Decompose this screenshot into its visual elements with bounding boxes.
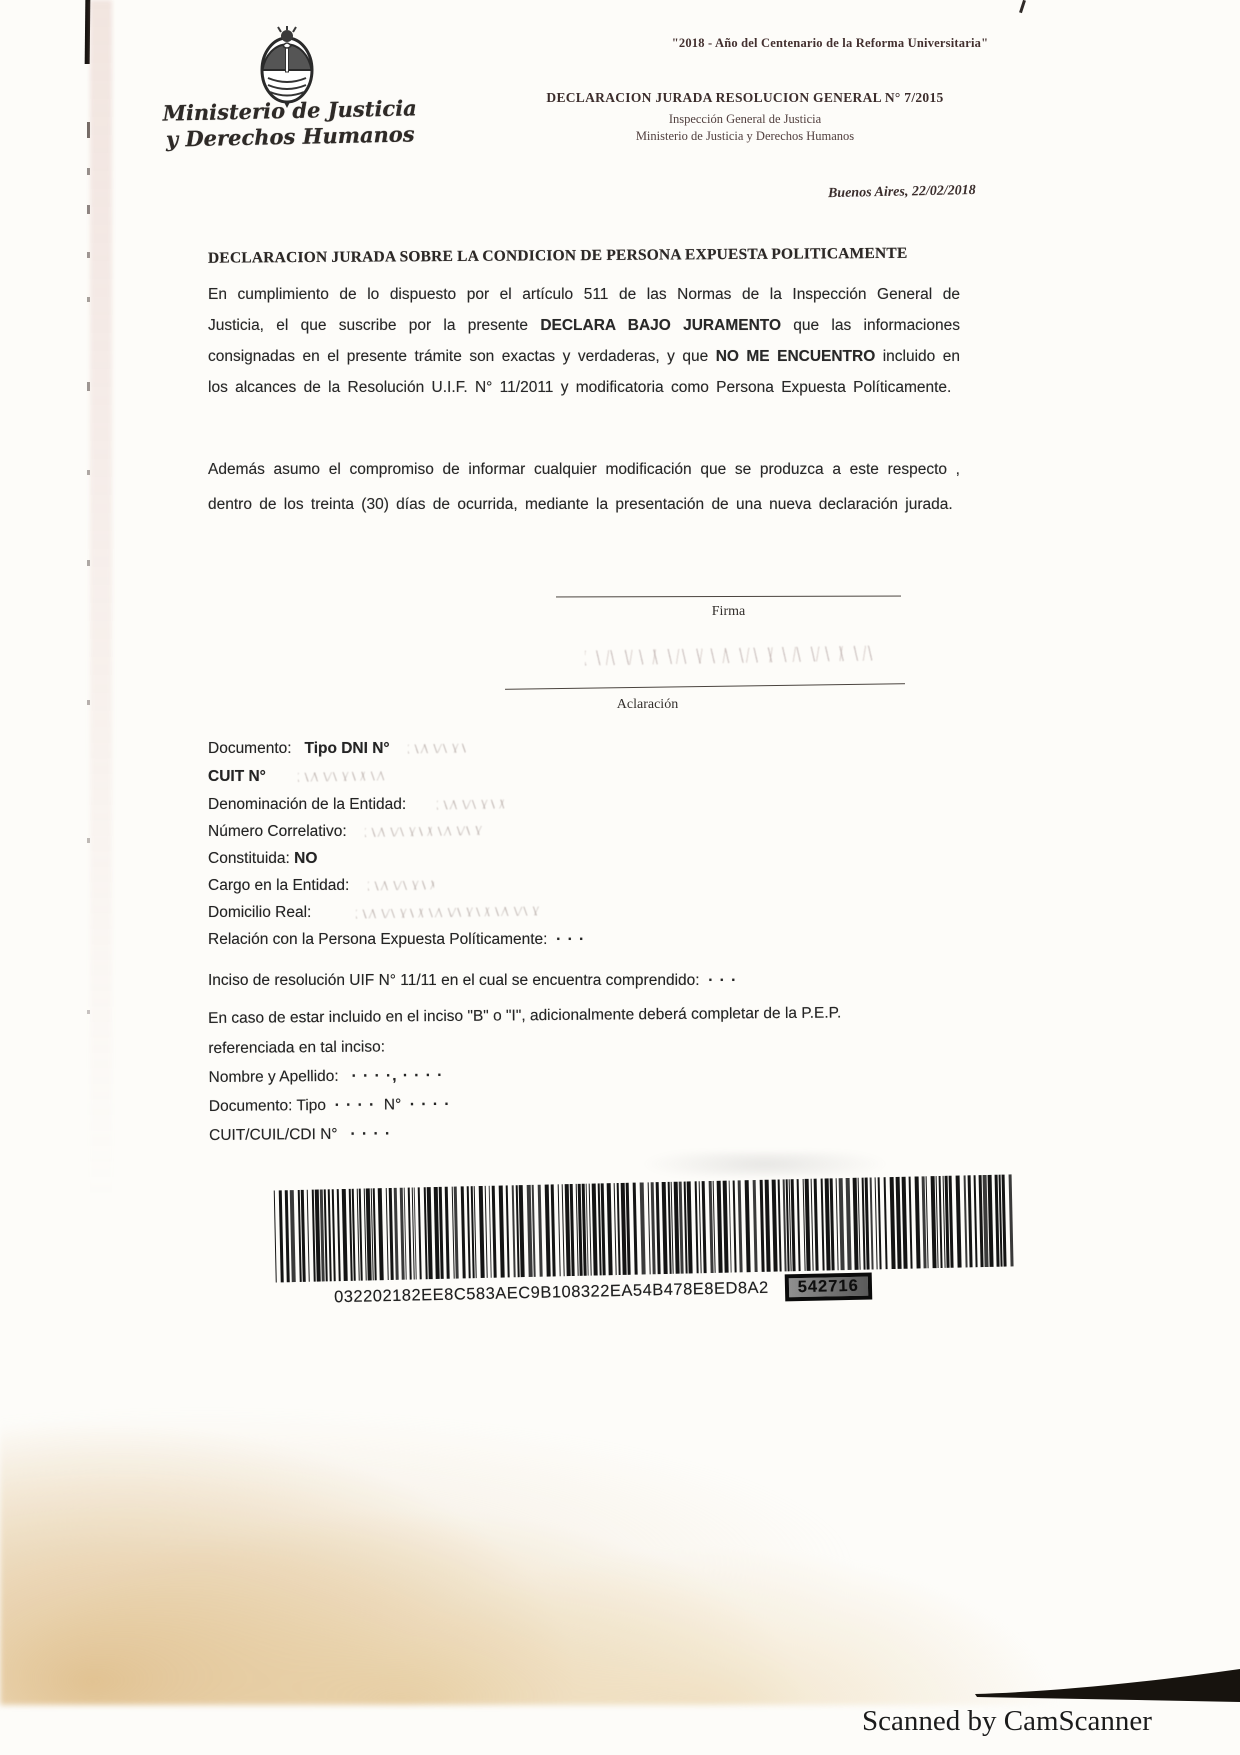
declaration-paragraph-2: Además asumo el compromiso de informar c…	[208, 452, 960, 522]
field-documento: Documento: Tipo DNI N°	[208, 740, 470, 758]
firma-label: Firma	[556, 604, 901, 620]
relacion-label: Relación con la Persona Expuesta Polític…	[208, 931, 547, 948]
field-correlativo: Número Correlativo:	[208, 823, 483, 841]
domicilio-label: Domicilio Real:	[208, 904, 311, 921]
inciso-value: · · ·	[708, 972, 737, 989]
pep-intro-line2: referenciada en tal inciso:	[208, 1033, 1008, 1058]
pep-documento-value2: · · · ·	[410, 1096, 451, 1113]
field-constituida: Constituida: NO	[208, 850, 317, 868]
scanned-document-page: Ministerio de Justicia y Derechos Humano…	[0, 0, 1240, 1755]
declaration-paragraph-1: En cumplimiento de lo dispuesto por el a…	[208, 279, 960, 403]
place-and-date: Buenos Aires, 22/02/2018	[828, 182, 1028, 202]
scan-smudge	[600, 1152, 930, 1176]
declaration-title: DECLARACION JURADA SOBRE LA CONDICION DE…	[208, 244, 978, 267]
correlativo-label: Número Correlativo:	[208, 823, 347, 840]
resolution-title: DECLARACION JURADA RESOLUCION GENERAL N°…	[460, 90, 1030, 106]
pep-documento-label: Documento: Tipo	[209, 1097, 326, 1115]
barcode-block: 032202182EE8C583AEC9B108322EA54B478E8ED8…	[274, 1174, 1021, 1312]
pep-documento-value1: · · · ·	[335, 1097, 376, 1114]
pep-cuit-label: CUIT/CUIL/CDI N°	[209, 1126, 338, 1144]
field-cargo: Cargo en la Entidad:	[208, 877, 434, 895]
inciso-label: Inciso de resolución UIF N° 11/11 en el …	[208, 972, 700, 989]
redacted-value-smudge	[408, 744, 470, 754]
pep-intro-line1: En caso de estar incluido en el inciso "…	[208, 1003, 1008, 1028]
signature-line	[556, 596, 901, 598]
constituida-value: NO	[294, 850, 317, 867]
pep-cuit-value: · · · ·	[350, 1125, 391, 1142]
constituida-label: Constituida:	[208, 850, 290, 867]
redacted-value-smudge	[368, 881, 434, 891]
denominacion-label: Denominación de la Entidad:	[208, 796, 406, 813]
ministry-script-title: Ministerio de Justicia y Derechos Humano…	[161, 95, 418, 152]
year-motto: "2018 - Año del Centenario de la Reforma…	[655, 36, 1005, 51]
pep-section: En caso de estar incluido en el inciso "…	[208, 1003, 1009, 1145]
org-line2: Ministerio de Justicia y Derechos Humano…	[460, 129, 1030, 144]
aclaracion-label: Aclaración	[505, 697, 790, 713]
redacted-value-smudge	[436, 800, 508, 810]
relacion-value: · · ·	[556, 931, 585, 948]
top-right-scan-mark	[1019, 0, 1026, 13]
field-domicilio: Domicilio Real:	[208, 904, 541, 922]
field-inciso: Inciso de resolución UIF N° 11/11 en el …	[208, 972, 737, 990]
documento-label: Documento:	[208, 740, 292, 757]
redacted-value-smudge	[298, 772, 390, 783]
paragraph1-bold-no-me-encuentro: NO ME ENCUENTRO	[716, 348, 876, 365]
scan-streak	[90, 0, 112, 1200]
field-cuit: CUIT N°	[208, 768, 390, 786]
pep-documento-n: N°	[384, 1096, 402, 1113]
pep-field-documento: Documento: Tipo · · · · N° · · · ·	[209, 1091, 1009, 1116]
field-denominacion: Denominación de la Entidad:	[208, 796, 509, 814]
pep-nombre-value: · · · ·, · · · ·	[352, 1067, 444, 1085]
field-relacion: Relación con la Persona Expuesta Polític…	[208, 931, 585, 949]
documento-tipo: Tipo DNI N°	[305, 740, 390, 757]
cargo-label: Cargo en la Entidad:	[208, 877, 349, 894]
faint-signature-smudge	[585, 645, 880, 665]
paragraph1-bold-declara: DECLARA BAJO JURAMENTO	[540, 317, 781, 334]
barcode-code-text: 032202182EE8C583AEC9B108322EA54B478E8ED8…	[334, 1279, 769, 1307]
barcode-image	[274, 1174, 1016, 1282]
page-edge-wedge	[975, 1662, 1240, 1704]
pep-field-cuit: CUIT/CUIL/CDI N° · · · ·	[209, 1120, 1009, 1145]
cuit-label: CUIT N°	[208, 768, 266, 785]
ministry-script-line2: y Derechos Humanos	[162, 121, 418, 152]
pep-nombre-label: Nombre y Apellido:	[209, 1068, 339, 1086]
camscanner-credit: Scanned by CamScanner	[862, 1705, 1152, 1738]
barcode-badge-number: 542716	[784, 1272, 872, 1301]
org-line1: Inspección General de Justicia	[460, 112, 1030, 127]
clarification-line	[505, 683, 905, 690]
redacted-value-smudge	[365, 826, 483, 837]
pep-field-nombre: Nombre y Apellido: · · · ·, · · · ·	[209, 1062, 1009, 1087]
redacted-value-smudge	[356, 907, 541, 919]
scan-shadow	[0, 1240, 1150, 1705]
